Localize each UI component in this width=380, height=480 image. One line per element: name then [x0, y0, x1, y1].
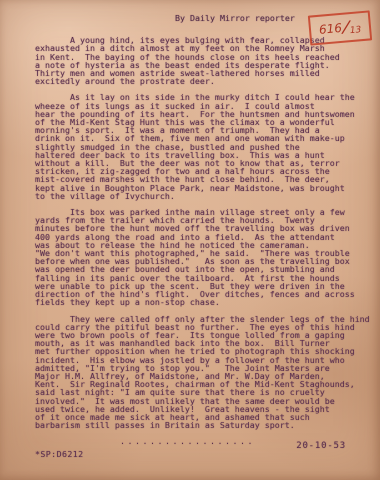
stamp-denominator: 13: [350, 26, 362, 36]
paragraph-2: As it lay on its side in the murky ditch…: [35, 93, 370, 200]
date-stamp: 20-10-53: [296, 442, 346, 450]
stamp-number: 616: [319, 22, 343, 36]
paragraph-4: They were called off only after the slen…: [35, 315, 370, 430]
paragraph-3: Its box was parked inthe main village st…: [35, 208, 370, 306]
scanned-document: By Daily Mirror reporter 616 / 13 A youn…: [0, 0, 380, 480]
dotted-separator: ..................: [35, 437, 340, 445]
reference-code: *SP:D6212: [35, 450, 84, 458]
stamp-slash-mark: /: [342, 19, 349, 36]
document-footer: .................. *SP:D6212 20-10-53: [35, 437, 370, 467]
stamp-box: 616 / 13: [308, 10, 372, 45]
